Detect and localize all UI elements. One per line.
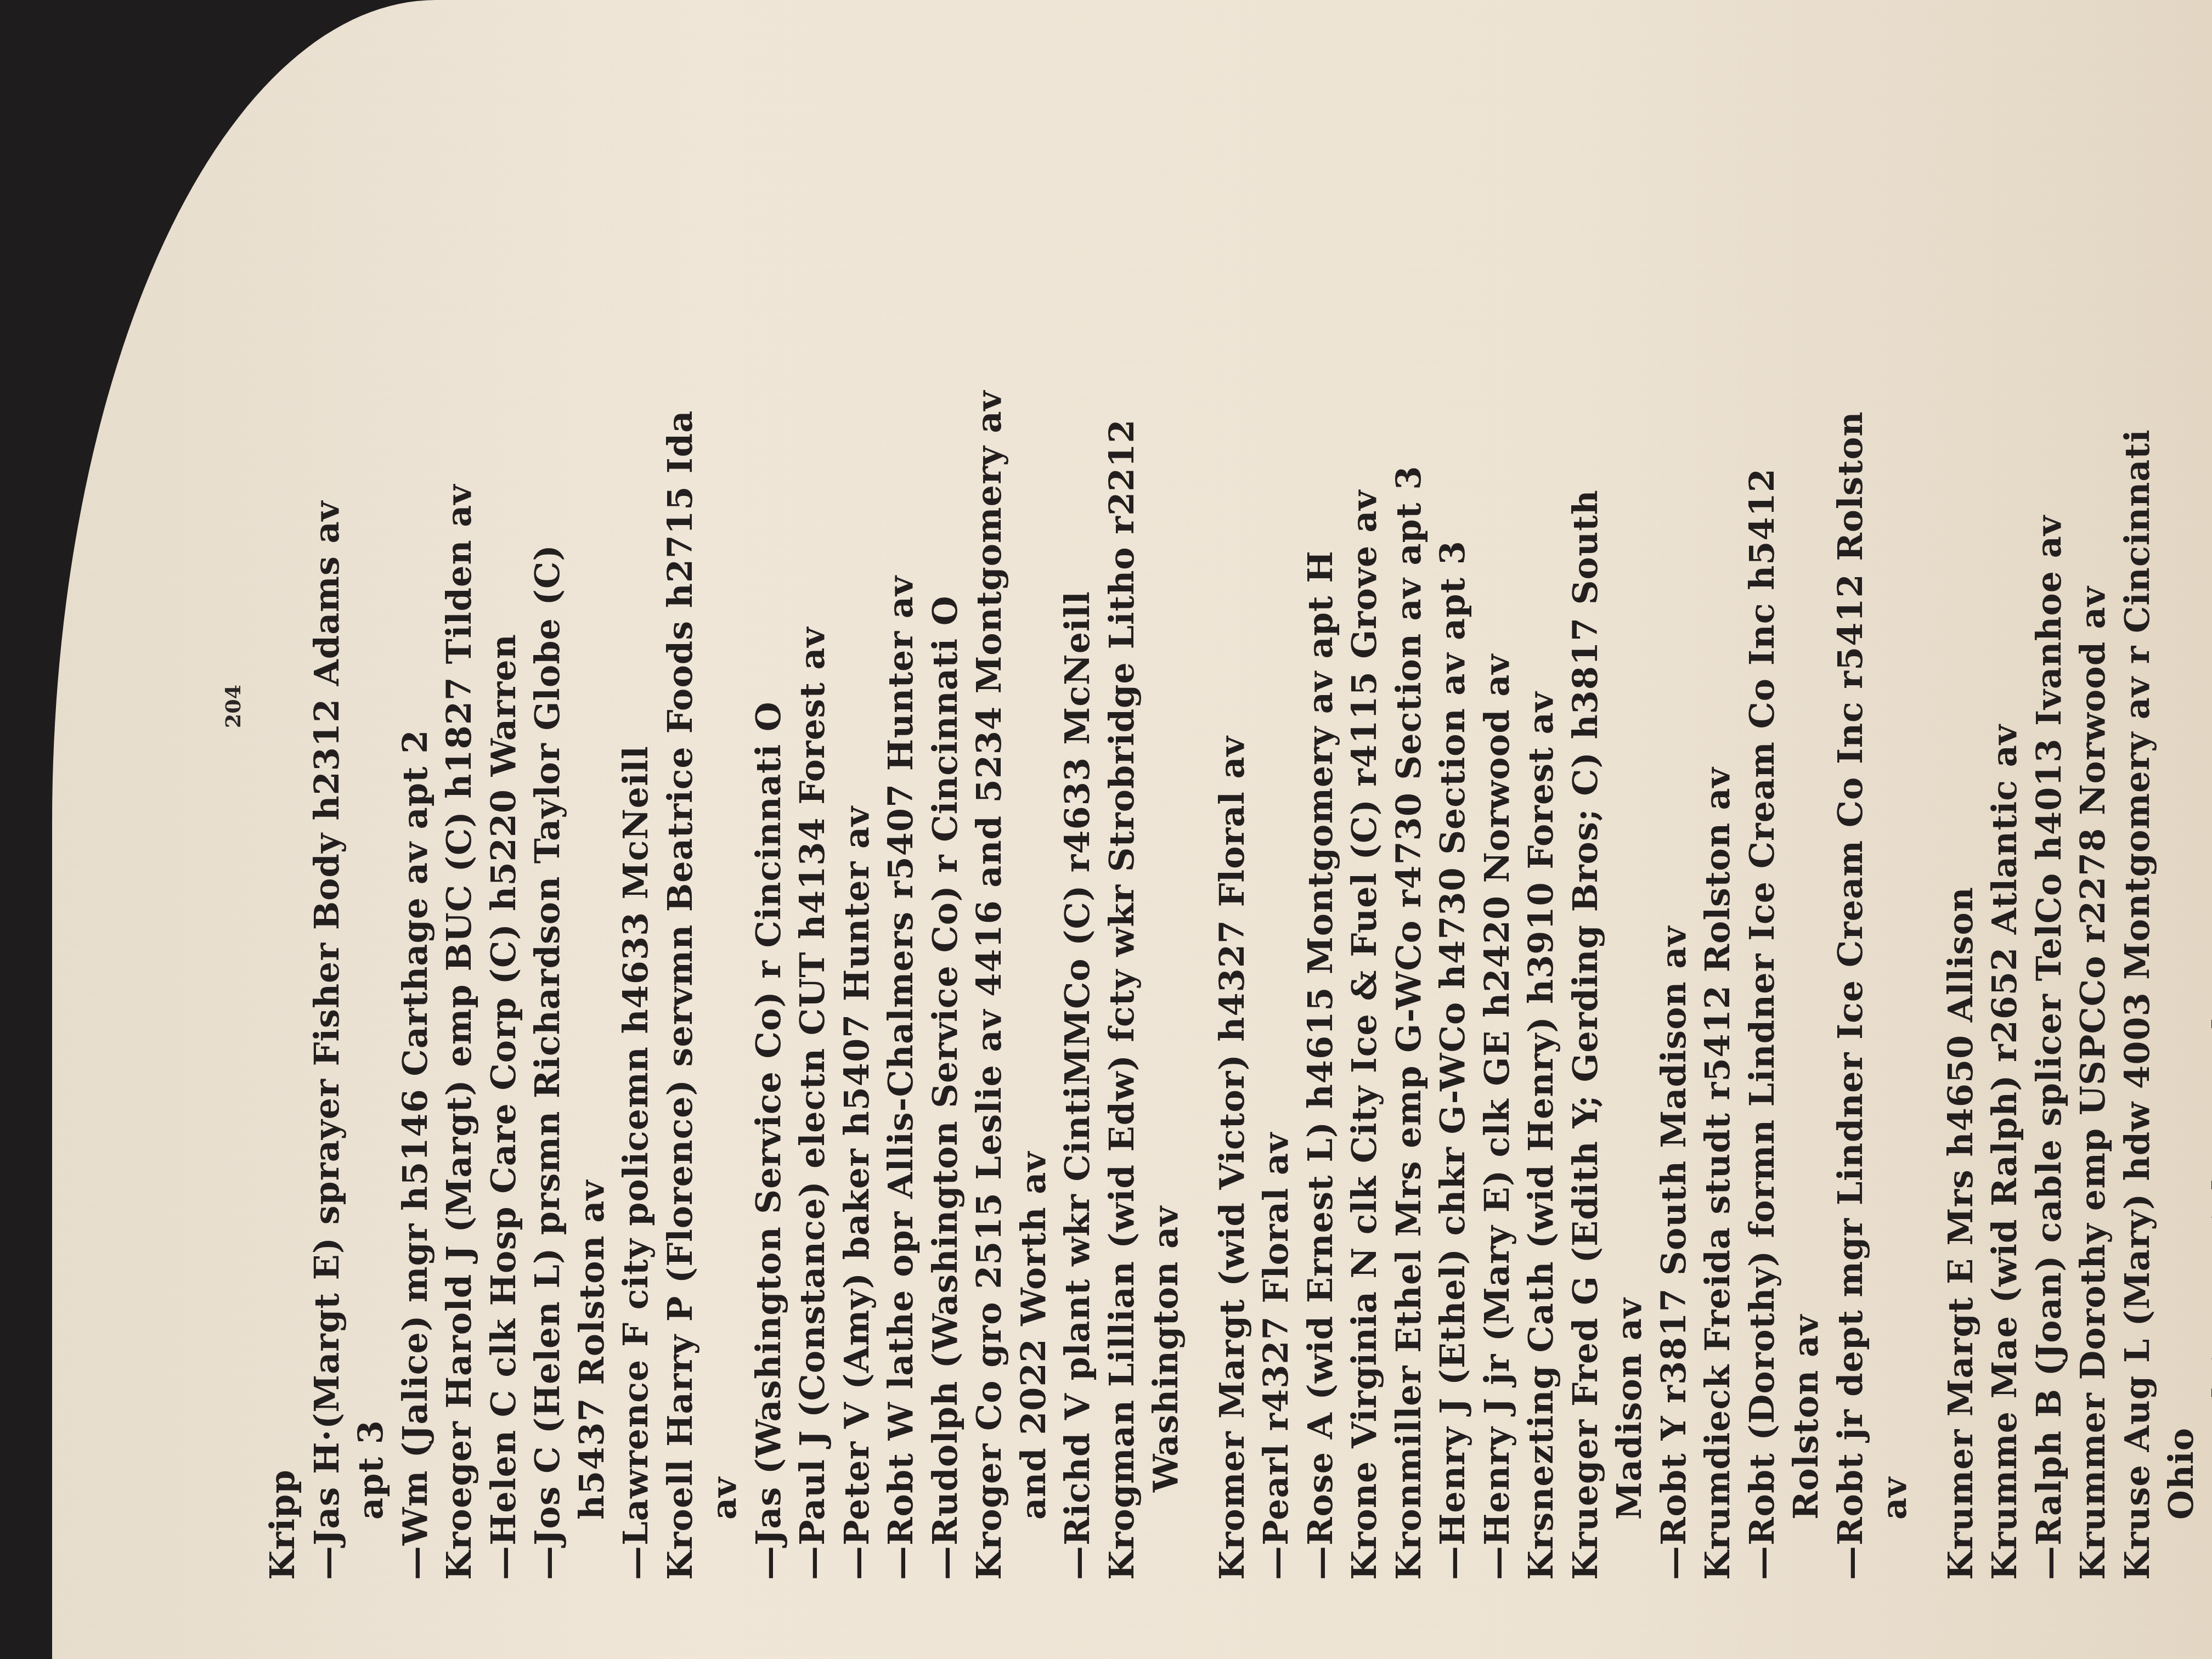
entry-line: Krummer Dorothy emp USPCCo r2278 Norwood… [2071,0,2115,1580]
entry-line: Krumme Mae (wid Ralph) r2652 Atlantic av [1983,0,2027,1580]
directory-page: 204 Kripp —Jas H·(Margt E) sprayer Fishe… [52,0,2212,1659]
page-number: 204 [221,685,245,728]
entry-line: Krogman Lillian (wid Edw) fcty wkr Strob… [1100,0,1144,1580]
entry-line: h5437 Rolston av [570,0,614,1580]
entry-line: Ohio [2159,0,2204,1580]
section-gap [1917,0,1939,1580]
entry-line: Washington av [1144,0,1188,1580]
entry-line: —Lawrence F city policemn h4633 McNeill [614,0,658,1580]
directory-text-block: Kripp —Jas H·(Margt E) sprayer Fisher Bo… [261,0,2212,1580]
entry-line: Krsnezting Cath (wid Henry) h3910 Forest… [1519,0,1564,1580]
entry-line: —Peter V (Amy) baker h5407 Hunter av [835,0,879,1580]
entry-line: —Wm (Jalice) mgr h5146 Carthage av apt 2 [393,0,438,1580]
entry-line: Krumer Margt E Mrs h4650 Allison [1939,0,1983,1580]
section-gap [1188,0,1210,1580]
entry-line: —Pearl r4327 Floral av [1254,0,1299,1580]
entry-line: Madison av [1607,0,1652,1580]
entry-line: av [702,0,747,1580]
entry-line: Krone Virginia N clk City Ice & Fuel (C)… [1342,0,1387,1580]
entry-line: —Robt W lathe opr Allis-Chalmers r5407 H… [879,0,923,1580]
entry-line: —Richd V plant wkr CintiMMCo (C) r4633 M… [1056,0,1100,1580]
entry-line: —Jas (Washington Service Co) r Cincinnat… [747,0,791,1580]
entry-line: —Jas H·(Margt E) sprayer Fisher Body h23… [305,0,349,1580]
entry-line: Kroger Co gro 2515 Leslie av 4416 and 52… [967,0,1012,1580]
entry-line: —Jos C (Helen L) prsmn Richardson Taylor… [526,0,570,1580]
entry-line: Kruse Aug L (Mary) hdw 4003 Montgomery a… [2115,0,2160,1580]
entry-line: Kronmiller Ethel Mrs emp G-WCo r4730 Sec… [1387,0,1431,1580]
entry-line: —Henry J (Ethel) chkr G-WCo h4730 Sectio… [1431,0,1475,1580]
entry-line: Kripp [261,0,305,1580]
entry-line: —Ralph B (Joan) cable splicer TelCo h401… [2027,0,2072,1580]
entry-line: Rolston av [1784,0,1829,1580]
entry-line: —Rudolph (Washington Service Co) r Cinci… [923,0,968,1580]
entry-line: Kroeger Harold J (Margt) emp BUC (C) h18… [437,0,482,1580]
entry-line: —Paul J (Constance) electn CUT h4134 For… [791,0,835,1580]
entry-line: apt 3 [349,0,393,1580]
entry-line: Krueger Fred G (Edith Y; Gerding Bros; C… [1564,0,1608,1580]
entry-line: and 2022 Worth av [1012,0,1056,1580]
entry-line: —Robt (Dorothy) formn Lindner Ice Cream … [1740,0,1785,1580]
entry-line: —Helen C clk Hosp Care Corp (C) h5220 Wa… [482,0,526,1580]
entry-line: av [1872,0,1917,1580]
entry-line: —Robt Y r3817 South Madison av [1652,0,1696,1580]
entry-line: Kromer Margt (wid Victor) h4327 Floral a… [1210,0,1255,1580]
entry-line: —Bernard (Mary L) h3804 Elsmere av [2204,0,2212,1580]
entry-line: —Rose A (wid Ernest L) h4615 Montgomery … [1299,0,1343,1580]
entry-line: —Robt jr dept mgr Lindner Ice Cream Co I… [1829,0,1873,1580]
entry-line: Krumdieck Freida studt r5412 Rolston av [1696,0,1740,1580]
entry-line: Kroell Harry P (Florence) servmn Beatric… [658,0,703,1580]
entry-line: —Henry J jr (Mary E) clk GE h2420 Norwoo… [1475,0,1520,1580]
